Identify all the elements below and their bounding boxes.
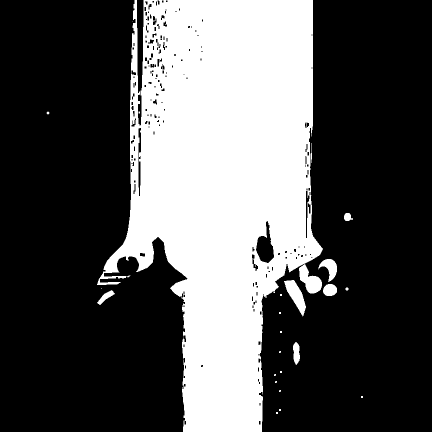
- speckle: [273, 283, 275, 284]
- speckle: [265, 296, 266, 298]
- black-speck: [285, 251, 287, 253]
- speckle: [145, 7, 147, 11]
- speckle: [182, 415, 183, 417]
- speckle: [180, 429, 181, 431]
- speckle: [133, 43, 134, 46]
- speckle: [272, 257, 273, 259]
- speckle: [295, 251, 296, 252]
- speckle: [132, 22, 133, 26]
- white-speck: [274, 374, 276, 376]
- speckle: [164, 16, 165, 19]
- speckle: [183, 386, 184, 390]
- speckle: [134, 76, 135, 78]
- speckle: [134, 136, 135, 139]
- speckle: [159, 47, 160, 48]
- speckle: [310, 131, 311, 133]
- speckle: [163, 45, 164, 48]
- speckle: [160, 49, 162, 53]
- speckle: [182, 312, 183, 315]
- speckle: [158, 26, 159, 29]
- black-speck: [278, 253, 280, 255]
- speckle: [150, 71, 151, 74]
- speckle: [131, 12, 132, 15]
- speckle: [268, 271, 269, 272]
- speckle: [164, 42, 165, 46]
- speckle: [145, 58, 147, 62]
- speckle: [309, 138, 310, 142]
- speckle: [307, 170, 308, 174]
- speckle: [159, 125, 160, 127]
- speckle: [311, 195, 312, 200]
- speckle: [133, 124, 134, 126]
- speckle: [164, 22, 165, 26]
- speckle: [261, 393, 262, 395]
- speckle: [132, 125, 133, 127]
- speckle: [148, 126, 149, 127]
- speckle: [134, 73, 136, 75]
- speckle: [150, 82, 151, 84]
- speckle: [263, 429, 265, 431]
- speckle: [138, 138, 140, 140]
- speckle: [182, 397, 183, 400]
- speckle: [272, 288, 273, 289]
- speckle: [186, 78, 187, 79]
- speckle: [296, 257, 297, 259]
- speckle: [155, 34, 156, 36]
- speckle: [133, 162, 134, 165]
- speckle: [305, 124, 306, 127]
- speckle: [131, 107, 132, 109]
- speckle: [140, 125, 142, 128]
- black-speck: [188, 26, 190, 28]
- speckle: [258, 368, 259, 372]
- speckle: [181, 316, 182, 319]
- speckle: [134, 184, 135, 188]
- speckle: [153, 40, 154, 42]
- speckle: [157, 48, 158, 51]
- speckle: [153, 22, 155, 25]
- speckle: [120, 278, 122, 280]
- speckle: [176, 11, 177, 12]
- speckle: [307, 145, 308, 149]
- speckle: [133, 47, 135, 49]
- speckle: [163, 36, 164, 40]
- speckle: [262, 299, 263, 302]
- speckle: [164, 109, 165, 110]
- speckle: [309, 207, 310, 213]
- speckle: [263, 369, 264, 372]
- speckle: [126, 277, 128, 278]
- speckle: [306, 175, 307, 178]
- speckle: [307, 189, 308, 191]
- speckle: [304, 247, 305, 248]
- speckle: [181, 300, 182, 302]
- speckle: [191, 26, 192, 27]
- speckle: [145, 109, 146, 111]
- speckle: [164, 47, 165, 50]
- speckle: [158, 120, 159, 122]
- speckle: [152, 74, 153, 77]
- speckle: [160, 39, 162, 41]
- speckle: [181, 424, 183, 427]
- speckle: [307, 123, 308, 127]
- speckle: [307, 165, 309, 167]
- speckle: [291, 253, 292, 254]
- speckle: [201, 59, 202, 61]
- speckle: [259, 421, 261, 425]
- speckle: [311, 177, 312, 181]
- black-speck: [301, 255, 303, 257]
- speckle: [155, 101, 156, 104]
- speckle: [256, 286, 258, 288]
- speckle: [152, 71, 153, 73]
- speckle: [267, 256, 268, 257]
- speckle: [146, 268, 147, 270]
- speckle: [183, 418, 185, 420]
- speckle: [165, 22, 166, 24]
- speckle: [148, 6, 149, 10]
- speckle: [134, 147, 135, 151]
- speckle: [183, 414, 184, 416]
- speckle: [133, 165, 134, 166]
- speckle: [184, 305, 185, 307]
- speckle: [265, 246, 266, 247]
- speckle: [172, 269, 175, 271]
- speckle: [183, 345, 184, 347]
- speckle: [267, 240, 268, 242]
- speckle: [154, 64, 156, 67]
- speckle: [184, 329, 185, 332]
- speckle: [201, 47, 202, 48]
- speckle: [145, 276, 147, 278]
- speckle: [153, 1, 155, 2]
- speckle: [202, 51, 203, 52]
- speckle: [165, 46, 167, 48]
- speckle: [311, 257, 312, 258]
- white-speck: [47, 112, 50, 115]
- speckle: [145, 85, 146, 87]
- speckle: [103, 270, 105, 271]
- speckle: [253, 309, 254, 312]
- speckle: [158, 42, 159, 46]
- speckle: [139, 111, 140, 113]
- speckle: [267, 244, 268, 247]
- speckle: [184, 421, 186, 424]
- speckle: [163, 120, 164, 122]
- speckle: [132, 71, 133, 75]
- speckle: [116, 277, 118, 279]
- speckle: [161, 36, 162, 39]
- speckle: [162, 16, 163, 17]
- slit-band-3: [96, 285, 117, 289]
- speckle: [268, 249, 269, 252]
- speckle: [133, 111, 134, 113]
- speckle: [185, 366, 186, 369]
- speckle: [265, 285, 266, 287]
- speckle: [151, 40, 153, 44]
- speckle: [305, 156, 306, 162]
- speckle: [259, 341, 260, 344]
- dark-dash: [140, 253, 145, 257]
- speckle: [157, 282, 158, 284]
- speckle: [266, 291, 268, 293]
- speckle: [180, 296, 181, 299]
- speckle: [150, 4, 152, 7]
- speckle: [146, 2, 147, 5]
- speckle: [147, 23, 149, 24]
- speckle: [133, 72, 134, 74]
- white-speck: [280, 371, 282, 373]
- speckle: [139, 286, 140, 288]
- speckle: [133, 9, 134, 10]
- speckle: [263, 407, 264, 409]
- speckle: [267, 266, 268, 269]
- speckle: [259, 393, 261, 395]
- speckle: [159, 44, 160, 47]
- speckle: [158, 64, 159, 67]
- speckle: [258, 379, 259, 382]
- speckle: [132, 155, 133, 158]
- speckle: [266, 274, 267, 278]
- speckle: [156, 1, 157, 5]
- speckle: [262, 306, 263, 308]
- speckle: [162, 277, 164, 279]
- speckle: [184, 359, 185, 362]
- right-blob: [344, 213, 352, 221]
- speckle: [131, 102, 133, 105]
- speckle: [183, 411, 184, 414]
- speckle: [138, 140, 139, 144]
- speckle: [139, 92, 140, 95]
- speckle: [148, 17, 149, 21]
- white-speck: [351, 218, 353, 220]
- speckle: [274, 289, 275, 291]
- speckle: [308, 203, 309, 207]
- speckle: [161, 102, 162, 103]
- speckle: [181, 60, 182, 61]
- speckle: [266, 293, 268, 294]
- speckle: [133, 140, 134, 142]
- white-speck: [279, 351, 281, 353]
- speckle: [255, 264, 256, 266]
- speckle: [158, 59, 160, 63]
- speckle: [134, 181, 135, 183]
- speckle: [162, 90, 163, 91]
- speckle: [132, 271, 134, 273]
- white-speck: [279, 409, 281, 411]
- speckle: [182, 328, 183, 331]
- speckle: [130, 286, 131, 287]
- speckle: [154, 115, 155, 118]
- speckle: [139, 159, 140, 162]
- speckle: [141, 277, 143, 279]
- speckle: [155, 86, 156, 87]
- speckle: [139, 152, 140, 157]
- speckle: [260, 403, 261, 405]
- speckle: [152, 64, 154, 68]
- speckle: [253, 302, 255, 305]
- speckle: [133, 83, 134, 88]
- black-speck: [311, 34, 313, 36]
- speckle: [134, 31, 135, 35]
- black-speck: [294, 249, 296, 251]
- speckle: [184, 295, 186, 297]
- speckle: [182, 337, 183, 339]
- speckle: [305, 255, 306, 256]
- speckle: [257, 292, 258, 295]
- speckle: [138, 124, 139, 129]
- speckle: [262, 329, 264, 331]
- speckle: [305, 164, 306, 167]
- speckle: [150, 41, 151, 44]
- speckle: [131, 55, 132, 59]
- white-speck: [280, 294, 282, 296]
- speckle: [146, 27, 147, 31]
- speckle: [179, 9, 180, 11]
- speckle: [155, 78, 156, 79]
- speckle: [184, 384, 185, 387]
- speckle: [134, 19, 136, 23]
- speckle: [184, 74, 185, 75]
- white-speck: [275, 381, 277, 383]
- speckle: [156, 19, 157, 22]
- speckle: [299, 246, 300, 247]
- speckle: [253, 283, 254, 286]
- speckle: [151, 53, 153, 57]
- speckle: [183, 302, 184, 304]
- speckle: [141, 92, 143, 96]
- speckle: [151, 66, 152, 67]
- speckle: [150, 58, 152, 60]
- speckle: [133, 93, 134, 96]
- speckle: [271, 252, 272, 255]
- speckle: [184, 339, 186, 343]
- speckle: [146, 286, 149, 288]
- speckle: [310, 192, 311, 195]
- speckle: [274, 292, 275, 293]
- speckle: [308, 199, 309, 201]
- speckle: [184, 336, 185, 338]
- speckle: [133, 0, 134, 4]
- speckle: [202, 19, 203, 21]
- speckle: [260, 359, 261, 361]
- speckle: [263, 292, 265, 294]
- speckle: [162, 1, 164, 3]
- speckle: [142, 284, 145, 285]
- speckle: [268, 225, 269, 228]
- speckle: [138, 101, 140, 104]
- speckle: [263, 383, 265, 385]
- speckle: [153, 46, 154, 50]
- black-speck: [153, 101, 155, 103]
- speckle: [160, 83, 161, 86]
- speckle: [180, 305, 181, 309]
- speckle: [161, 67, 162, 70]
- speckle: [182, 293, 183, 297]
- speckle: [145, 40, 146, 42]
- black-speck: [311, 67, 313, 69]
- speckle: [309, 188, 310, 191]
- speckle: [140, 152, 141, 156]
- speckle: [267, 237, 269, 238]
- speckle: [147, 46, 149, 49]
- speckle: [308, 123, 309, 126]
- speckle: [272, 267, 273, 271]
- speckle: [135, 124, 136, 125]
- speckle: [158, 80, 159, 82]
- speckle: [189, 49, 190, 51]
- speckle: [146, 12, 147, 16]
- white-speck: [346, 288, 349, 291]
- speckle: [181, 369, 183, 373]
- speckle: [184, 376, 185, 378]
- speckle: [131, 163, 132, 164]
- speckle: [311, 172, 312, 178]
- speckle: [161, 86, 162, 88]
- speckle: [306, 149, 307, 152]
- speckle: [153, 17, 155, 21]
- speckle: [263, 315, 264, 317]
- speckle: [270, 257, 272, 259]
- speckle: [252, 247, 253, 252]
- speckle: [163, 71, 165, 74]
- speckle: [153, 34, 155, 35]
- speckle: [161, 18, 162, 20]
- white-speck: [280, 331, 282, 333]
- speckle: [145, 275, 146, 276]
- speckle: [308, 196, 309, 199]
- speckle: [256, 266, 258, 269]
- speckle: [140, 130, 141, 132]
- speckle: [166, 0, 168, 2]
- speckle: [132, 28, 133, 33]
- speckle: [161, 274, 163, 276]
- speckle: [166, 72, 167, 74]
- speckle: [263, 394, 264, 397]
- screenshot-root: [0, 0, 432, 432]
- speckle: [267, 223, 268, 225]
- speckle: [198, 35, 199, 36]
- speckle: [195, 30, 196, 31]
- speckle: [155, 21, 157, 22]
- speckle: [159, 117, 160, 119]
- speckle: [165, 75, 166, 77]
- speckle: [262, 324, 263, 326]
- white-speck: [279, 390, 281, 392]
- speckle: [160, 60, 161, 62]
- speckle: [154, 27, 155, 31]
- speckle: [135, 82, 136, 86]
- speckle: [150, 16, 151, 18]
- speckle: [131, 169, 132, 172]
- speckle: [134, 159, 136, 161]
- speckle: [138, 167, 139, 170]
- black-speck: [201, 365, 203, 367]
- speckle: [134, 187, 135, 191]
- black-speck: [174, 54, 176, 56]
- speckle: [148, 115, 149, 116]
- speckle: [261, 368, 262, 370]
- speckle: [149, 122, 151, 125]
- speckle: [182, 404, 184, 407]
- speckle: [137, 272, 140, 273]
- speckle: [158, 1, 159, 4]
- speckle: [137, 274, 140, 276]
- speckle: [166, 285, 168, 287]
- speckle: [259, 359, 260, 361]
- white-speck: [279, 312, 281, 314]
- speckle: [172, 66, 173, 68]
